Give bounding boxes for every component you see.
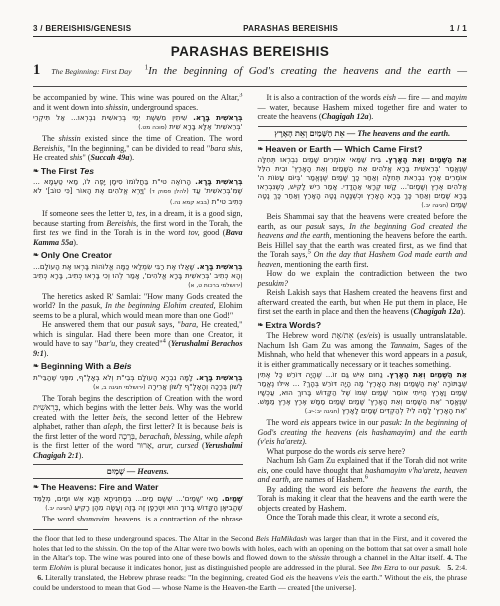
page-title: PARASHAS BEREISHIS <box>33 44 467 59</box>
footnote-separator <box>33 529 88 530</box>
left-column: be accompanied by wine. This wine was po… <box>33 93 243 521</box>
commentary-paragraph: The Hebrew word אֵת/אֶת (es/eis) is usua… <box>258 331 468 369</box>
commentary-paragraph: He answered them that our pasuk says, "b… <box>33 320 243 358</box>
hebrew-quote: בְּרֵאשִׁית בָּרָא. לָמָּה נִבְרָא הָעוֹ… <box>33 373 243 393</box>
hebrew-quote: אֵת הַשָּׁמַיִם וְאֵת הָאָרֶץ. בֵּית שַׁ… <box>258 155 468 211</box>
commentary-paragraph: The word shamayim, heavens, is a contrac… <box>33 515 243 522</box>
verse-line: 1 The Beginning: First Day 1In the begin… <box>33 62 467 79</box>
header-parashah-title: PARASHAS BEREISHIS <box>131 24 450 33</box>
section-ornament-icon: ❧ <box>258 322 264 329</box>
header-chapter-verse: 1 / 1 <box>450 24 467 33</box>
commentary-paragraph: Beis Shammai say that the heavens were c… <box>258 212 468 269</box>
subtopic-divider: אֵת הַשָּׁמַיִם וְאֵת הָאָרֶץ — The heav… <box>258 126 468 141</box>
commentary-paragraph: Once the Torah made this clear, it wrote… <box>258 513 468 521</box>
chapter-number: 1 <box>33 62 40 79</box>
subtopic-divider: שָׁמַיִם — Heavens. <box>33 464 243 479</box>
commentary-paragraph: Reish Lakish says that Hashem created th… <box>258 288 468 317</box>
section-ornament-icon: ❧ <box>33 363 39 370</box>
commentary-paragraph: If someone sees the letter ט, tes, in a … <box>33 209 243 247</box>
commentary-paragraph: be accompanied by wine. This wine was po… <box>33 93 243 112</box>
verse-text: 1In the beginning of God's creating the … <box>145 65 467 77</box>
commentary-paragraph: By adding the word eis before the heaven… <box>258 485 468 514</box>
hebrew-quote: בְּרֵאשִׁית בָּרָא. שָׁאֲלוּ אֶת רַבִּי … <box>33 262 243 291</box>
hebrew-quote: שָׁמַיִם. מַאי 'שָׁמַיִם'... שֶׁשָּׁם מַ… <box>33 494 243 514</box>
running-header: 3 / BEREISHIS/GENESIS PARASHAS BEREISHIS… <box>33 24 467 33</box>
commentary-paragraph: Nachum Ish Gam Zu explained that if the … <box>258 456 468 485</box>
commentary-paragraph: The heretics asked R' Samlai: "How many … <box>33 292 243 321</box>
section-ornament-icon: ❧ <box>33 168 39 175</box>
commentary-paragraph: How do we explain the contradiction betw… <box>258 269 468 288</box>
hebrew-quote: בְּרֵאשִׁית בָּרָא. הָרוֹאֶה טי"ת בַּחֲל… <box>33 177 243 208</box>
section-ornament-icon: ❧ <box>258 146 264 153</box>
hebrew-quote: אֵת הַשָּׁמַיִם וְאֵת הָאָרֶץ. נַחוּם אִ… <box>258 370 468 417</box>
header-page-number: 3 / BEREISHIS/GENESIS <box>33 24 131 33</box>
footnotes-text: the floor that led to these underground … <box>33 534 467 592</box>
section-heading: ❧Only One Creator <box>33 251 243 261</box>
commentary-paragraph: What purpose do the words eis serve here… <box>258 447 468 457</box>
section-ornament-icon: ❧ <box>33 484 39 491</box>
commentary-paragraph: The shissin existed since the time of Cr… <box>33 134 243 163</box>
header-rule <box>33 36 467 37</box>
commentary-paragraph: The Torah begins the description of Crea… <box>33 394 243 461</box>
commentary-paragraph: It is also a contraction of the words ei… <box>258 93 468 122</box>
section-heading: ❧The First Tes <box>33 167 243 177</box>
verse-commentary-divider <box>33 86 467 87</box>
verse-summary-label: The Beginning: First Day <box>51 67 131 76</box>
page: 3 / BEREISHIS/GENESIS PARASHAS BEREISHIS… <box>0 0 500 606</box>
section-heading: ❧Beginning With a Beis <box>33 362 243 372</box>
commentary-paragraph: The word eis appears twice in our pasuk:… <box>258 418 468 447</box>
verse-translation: In the beginning of God's creating the h… <box>148 65 467 77</box>
right-column: It is also a contraction of the words ei… <box>258 93 468 521</box>
section-heading: ❧Heaven or Earth — Which Came First? <box>258 145 468 155</box>
commentary-columns: be accompanied by wine. This wine was po… <box>33 93 467 521</box>
hebrew-quote: בְּרֵאשִׁית בָּרָא. שִׁיתִין מִשֵּׁשֶׁת … <box>33 113 243 133</box>
section-ornament-icon: ❧ <box>33 252 39 259</box>
section-heading: ❧The Heavens: Fire and Water <box>33 483 243 493</box>
section-heading: ❧Extra Words? <box>258 321 468 331</box>
